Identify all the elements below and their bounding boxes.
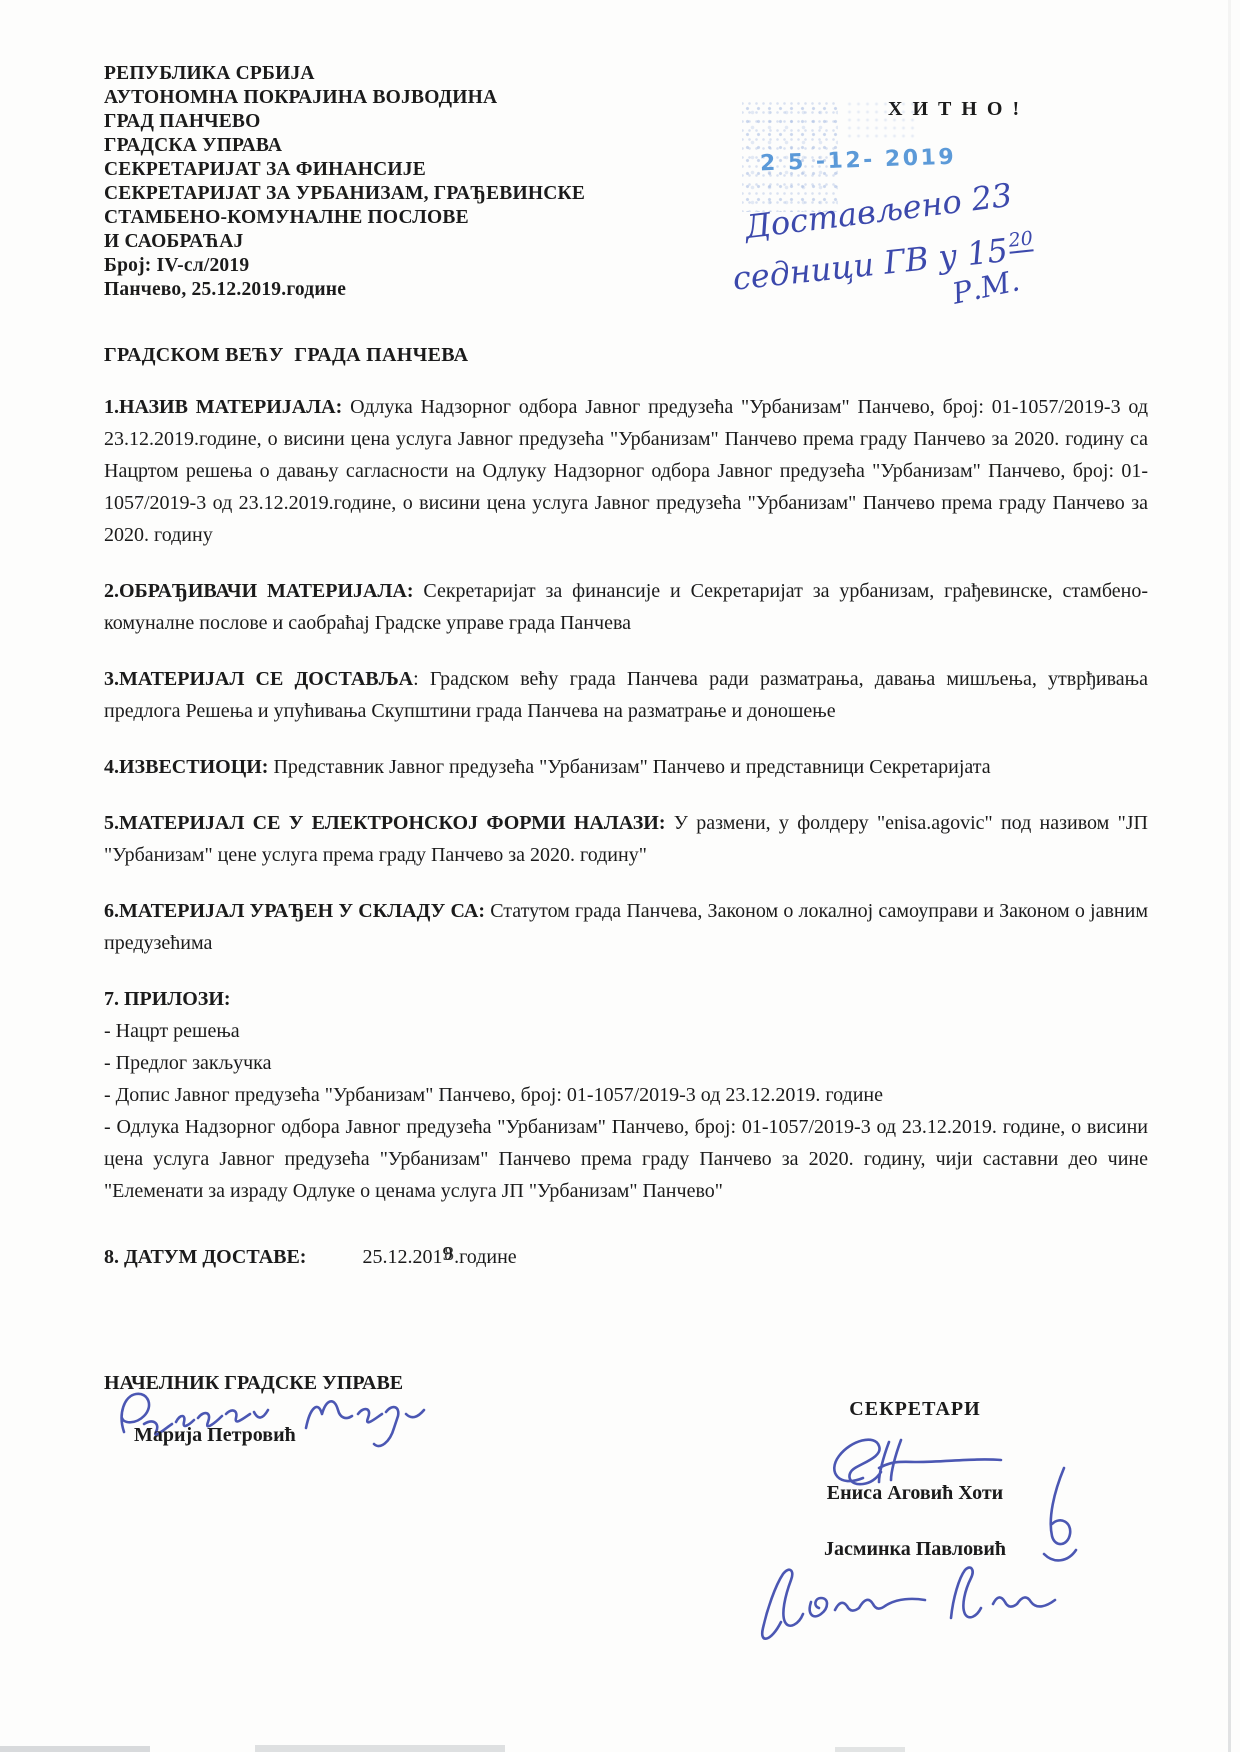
section-6-label: 6.МАТЕРИЈАЛ УРАЂЕН У СКЛАДУ СА: — [104, 900, 485, 922]
letterhead-line-administration: ГРАДСКА УПРАВА — [104, 134, 1148, 158]
attachment-item-proposed-conclusion: - Предлог закључка — [104, 1047, 1148, 1079]
section-6-paragraph: 6.МАТЕРИЈАЛ УРАЂЕН У СКЛАДУ СА: Статутом… — [104, 895, 1148, 959]
section-1-paragraph: 1.НАЗИВ МАТЕРИЈАЛА: Одлука Надзорног одб… — [104, 391, 1148, 551]
attachment-item-draft-decision: - Нацрт решења — [104, 1015, 1148, 1047]
delivery-date-line: 8. ДАТУМ ДОСТАВЕ:25.12.20198.године — [104, 1243, 1148, 1269]
handwritten-superscript: 20 — [1008, 227, 1035, 253]
scan-edge-artifact — [1228, 0, 1231, 1752]
section-4-label: 4.ИЗВЕСТИОЦИ: — [104, 756, 268, 778]
signature-jasminka-ink — [755, 1558, 1065, 1658]
overstruck-digit: 98 — [442, 1243, 454, 1263]
addressee-heading: ГРАДСКОМ ВЕЋУ ГРАДА ПАНЧЕВА — [104, 344, 1148, 367]
scan-bottom-artifact — [255, 1745, 505, 1752]
section-4-paragraph: 4.ИЗВЕСТИОЦИ: Представник Јавног предузе… — [104, 751, 1148, 783]
attachment-item-letter: - Допис Јавног предузећа "Урбанизам" Пан… — [104, 1079, 1148, 1111]
secretaries-title: СЕКРЕТАРИ — [750, 1398, 1080, 1421]
scanned-document-page: РЕПУБЛИКА СРБИЈА АУТОНОМНА ПОКРАЈИНА ВОЈ… — [0, 0, 1240, 1752]
section-3-label: 3.МАТЕРИЈАЛ СЕ ДОСТАВЉА — [104, 668, 413, 690]
section-5-label: 5.МАТЕРИЈАЛ СЕ У ЕЛЕКТРОНСКОЈ ФОРМИ НАЛА… — [104, 812, 665, 834]
section-4-text: Представник Јавног предузећа "Урбанизам"… — [268, 756, 990, 778]
attachments-section: 7. ПРИЛОЗИ: - Нацрт решења - Предлог зак… — [104, 983, 1148, 1207]
section-1-label: 1.НАЗИВ МАТЕРИЈАЛА: — [104, 396, 342, 418]
delivery-date-label: 8. ДАТУМ ДОСТАВЕ: — [104, 1246, 306, 1268]
section-2-paragraph: 2.ОБРАЂИВАЧИ МАТЕРИЈАЛА: Секретаријат за… — [104, 575, 1148, 639]
attachments-heading: 7. ПРИЛОЗИ: — [104, 983, 1148, 1015]
letterhead-line-republic: РЕПУБЛИКА СРБИЈА — [104, 62, 1148, 86]
faded-stamp-residue — [845, 100, 920, 142]
signature-block-chief: НАЧЕЛНИК ГРАДСКЕ УПРАВЕ Марија Петровић — [104, 1372, 534, 1492]
section-3-paragraph: 3.МАТЕРИЈАЛ СЕ ДОСТАВЉА: Градском већу г… — [104, 663, 1148, 727]
scan-bottom-artifact — [835, 1747, 905, 1752]
section-5-paragraph: 5.МАТЕРИЈАЛ СЕ У ЕЛЕКТРОНСКОЈ ФОРМИ НАЛА… — [104, 807, 1148, 871]
delivery-date-value: 25.12.20198.године — [362, 1246, 516, 1268]
chief-name: Марија Петровић — [134, 1424, 296, 1447]
scan-bottom-artifact — [0, 1746, 150, 1752]
section-1-text: Одлука Надзорног одбора Јавног предузећа… — [104, 396, 1148, 546]
signature-block-secretaries: СЕКРЕТАРИ Ениса Аговић Хоти Јасминка Пав… — [750, 1398, 1080, 1658]
attachment-item-board-decision: - Одлука Надзорног одбора Јавног предузе… — [104, 1111, 1148, 1207]
section-2-label: 2.ОБРАЂИВАЧИ МАТЕРИЈАЛА: — [104, 580, 414, 602]
